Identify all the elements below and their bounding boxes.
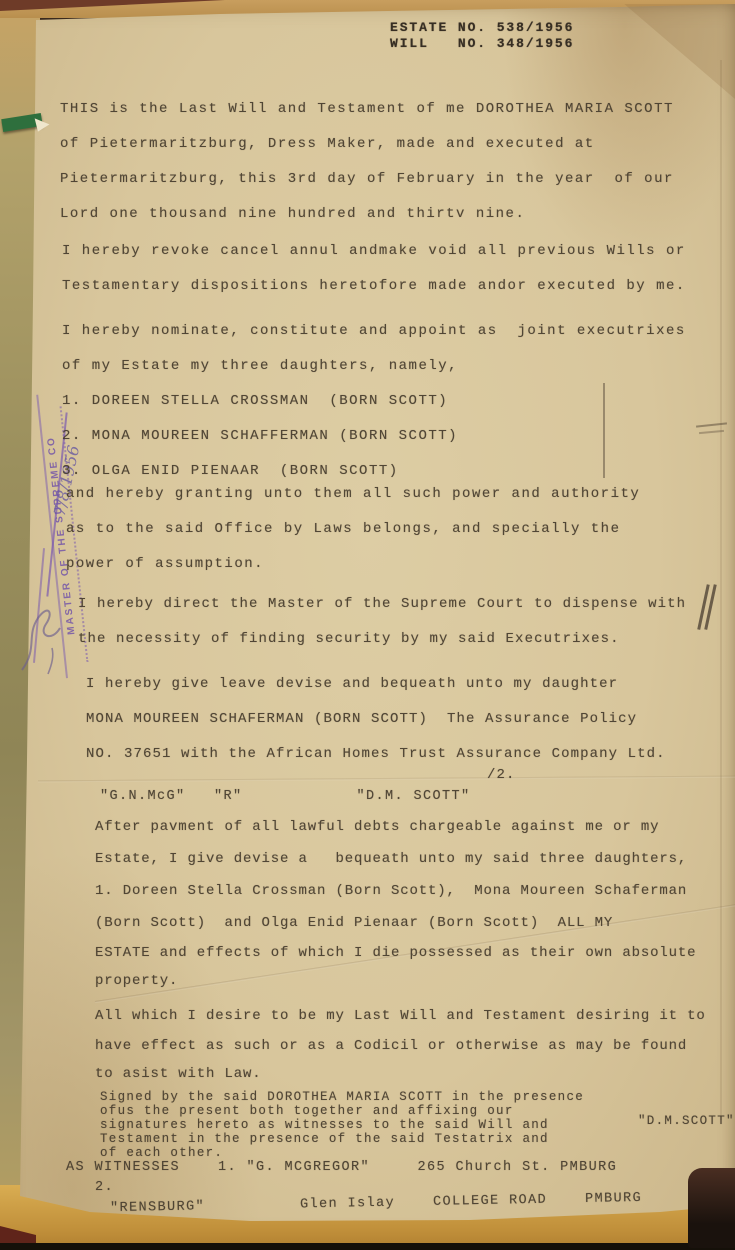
witness-2-number: 2. bbox=[95, 1180, 114, 1195]
text-line: Lord one thousand nine hundred and thirt… bbox=[60, 206, 525, 222]
text-line: MONA MOUREEN SCHAFERMAN (BORN SCOTT) The… bbox=[86, 711, 637, 727]
text-line: as to the said Office by Laws belongs, a… bbox=[66, 521, 620, 537]
text-line: ESTATE and effects of which I die posses… bbox=[95, 945, 696, 961]
text-line: have effect as such or as a Codicil or o… bbox=[95, 1038, 687, 1054]
will-number: WILL NO. 348/1956 bbox=[390, 36, 574, 51]
table-edge bbox=[0, 1243, 735, 1250]
scanned-will-document: ESTATE NO. 538/1956 WILL NO. 348/1956 TH… bbox=[0, 0, 735, 1250]
will-page bbox=[0, 0, 735, 1250]
attestation-signature: "D.M.SCOTT" bbox=[638, 1114, 735, 1128]
text-line: THIS is the Last Will and Testament of m… bbox=[60, 101, 674, 117]
text-line: All which I desire to be my Last Will an… bbox=[95, 1008, 706, 1024]
estate-number: ESTATE NO. 538/1956 bbox=[390, 20, 574, 35]
initials-line: "G.N.McG" "R" "D.M. SCOTT" bbox=[100, 789, 471, 804]
text-line: Estate, I give devise a bequeath unto my… bbox=[95, 851, 687, 867]
text-line: and hereby granting unto them all such p… bbox=[66, 486, 640, 502]
text-line: Signed by the said DOROTHEA MARIA SCOTT … bbox=[100, 1090, 584, 1104]
text-line: property. bbox=[95, 973, 178, 989]
text-line: signatures hereto as witnesses to the sa… bbox=[100, 1118, 549, 1132]
text-line: of my Estate my three daughters, namely, bbox=[62, 358, 458, 374]
proofreader-mark-icon bbox=[702, 584, 722, 632]
text-line: I hereby direct the Master of the Suprem… bbox=[78, 596, 686, 612]
text-line: Pietermaritzburg, this 3rd day of Februa… bbox=[60, 171, 674, 187]
text-line: (Born Scott) and Olga Enid Pienaar (Born… bbox=[95, 915, 613, 931]
list-item: 3. OLGA ENID PIENAAR (BORN SCOTT) bbox=[62, 463, 399, 479]
list-item: 1. DOREEN STELLA CROSSMAN (BORN SCOTT) bbox=[62, 393, 448, 409]
text-line: of Pietermaritzburg, Dress Maker, made a… bbox=[60, 136, 595, 152]
text-line: to asist with Law. bbox=[95, 1066, 262, 1082]
text-line: power of assumption. bbox=[66, 556, 264, 572]
text-line: Testament in the presence of the said Te… bbox=[100, 1132, 549, 1146]
text-line: ofus the present both together and affix… bbox=[100, 1104, 514, 1118]
binder-clip bbox=[688, 1168, 735, 1248]
text-line: Testamentary dispositions heretofore mad… bbox=[62, 278, 686, 294]
text-line: 1. Doreen Stella Crossman (Born Scott), … bbox=[95, 883, 687, 899]
text-line: NO. 37651 with the African Homes Trust A… bbox=[86, 746, 666, 762]
page-marker: /2. bbox=[487, 767, 516, 783]
text-line: I hereby revoke cancel annul andmake voi… bbox=[62, 243, 686, 259]
text-line: I hereby give leave devise and bequeath … bbox=[86, 676, 618, 692]
text-line: After pavment of all lawful debts charge… bbox=[95, 819, 659, 835]
text-line: the necessity of finding security by my … bbox=[78, 631, 620, 647]
pencil-line-mark bbox=[603, 383, 605, 478]
text-line: of each other. bbox=[100, 1146, 223, 1160]
witness-line-1: AS WITNESSES 1. "G. MCGREGOR" 265 Church… bbox=[66, 1160, 617, 1175]
handwritten-initials-icon bbox=[8, 578, 66, 678]
list-item: 2. MONA MOUREEN SCHAFFERMAN (BORN SCOTT) bbox=[62, 428, 458, 444]
text-line: I hereby nominate, constitute and appoin… bbox=[62, 323, 686, 339]
